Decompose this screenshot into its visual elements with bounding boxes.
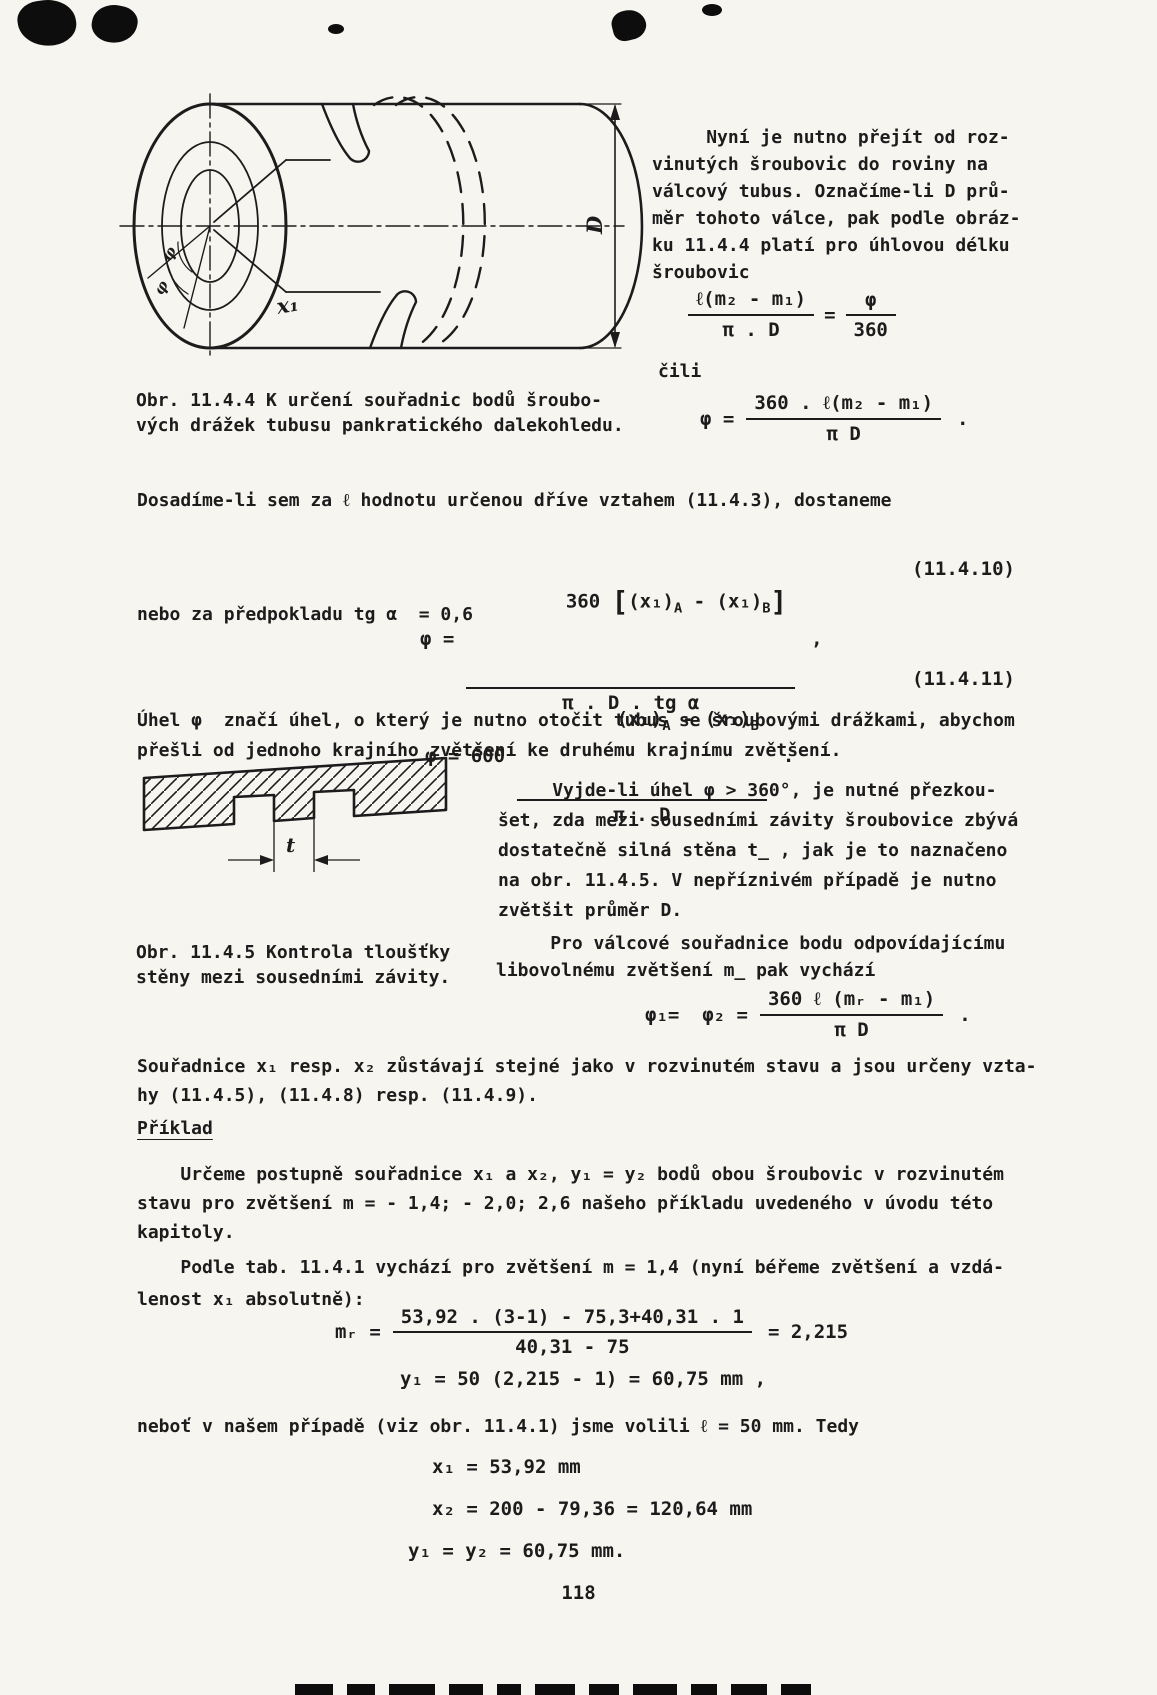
paragraph-nebo: nebo za předpokladu tg α = 0,6: [137, 600, 1097, 630]
equation-y1: y₁ = 50 (2,215 - 1) = 60,75 mm ,: [400, 1368, 766, 1390]
scan-artifact: [328, 24, 344, 34]
fig2-caption: Obr. 11.4.5 Kontrola tloušťky stěny mezi…: [136, 940, 516, 990]
equation-phi-360: φ = 360 . ℓ(m₂ - m₁)π D .: [700, 392, 969, 445]
equation-ratio: ℓ(m₂ - m₁)π . D = φ360: [688, 288, 896, 341]
equation-mr: mᵣ = 53,92 . (3-1) - 75,3+40,31 . 140,31…: [335, 1306, 848, 1358]
scan-artifact: [609, 6, 649, 43]
paragraph-intro: Nyní je nutno přejít od roz- vinutých šr…: [652, 124, 1082, 286]
scan-artifact: [702, 4, 722, 16]
scan-artifact: [15, 0, 79, 50]
scan-artifact: [89, 1, 141, 48]
fig1-label-x1: x₁: [274, 291, 301, 320]
fig1-label-phi2: φ: [150, 277, 173, 298]
equation-x1-result: x₁ = 53,92 mm: [432, 1456, 581, 1478]
fig1-label-phi: φ: [158, 243, 181, 264]
equation-y-result: y₁ = y₂ = 60,75 mm.: [408, 1540, 625, 1562]
paragraph-dosadime: Dosadíme-li sem za ℓ hodnotu určenou dří…: [137, 486, 1097, 516]
scan-artifact-bottom: [295, 1684, 811, 1695]
paragraph-pro: Pro válcové souřadnice bodu odpovídající…: [496, 930, 1076, 984]
paragraph-souradnice: Souřadnice x₁ resp. x₂ zůstávají stejné …: [137, 1052, 1117, 1110]
document-page: φ φ x₁ D Nyní je nutno přejít od roz- vi…: [0, 0, 1157, 1695]
fig2-label-t: t: [286, 833, 296, 857]
text-cili: čili: [658, 358, 701, 385]
equation-number-11-4-10: (11.4.10): [912, 558, 1015, 580]
paragraph-vyjde: Vyjde-li úhel φ > 360°, je nutné přezkou…: [498, 776, 1078, 926]
section-heading-priklad: Příklad: [137, 1118, 213, 1139]
equation-x2-result: x₂ = 200 - 79,36 = 120,64 mm: [432, 1498, 752, 1520]
figure-wall-section-drawing: t: [138, 752, 458, 927]
fig1-caption: Obr. 11.4.4 K určení souřadnic bodů šrou…: [136, 388, 676, 438]
paragraph-nebot: neboť v našem případě (viz obr. 11.4.1) …: [137, 1412, 1117, 1442]
page-number: 118: [0, 1582, 1157, 1604]
paragraph-urceme: Určeme postupně souřadnice x₁ a x₂, y₁ =…: [137, 1160, 1117, 1247]
fig1-label-D: D: [582, 215, 607, 235]
equation-number-11-4-11: (11.4.11): [912, 668, 1015, 690]
figure-cylinder-drawing: φ φ x₁ D: [118, 96, 628, 358]
equation-phi1-phi2: φ₁= φ₂ = 360 ℓ (mᵣ - m₁)π D .: [645, 988, 971, 1041]
